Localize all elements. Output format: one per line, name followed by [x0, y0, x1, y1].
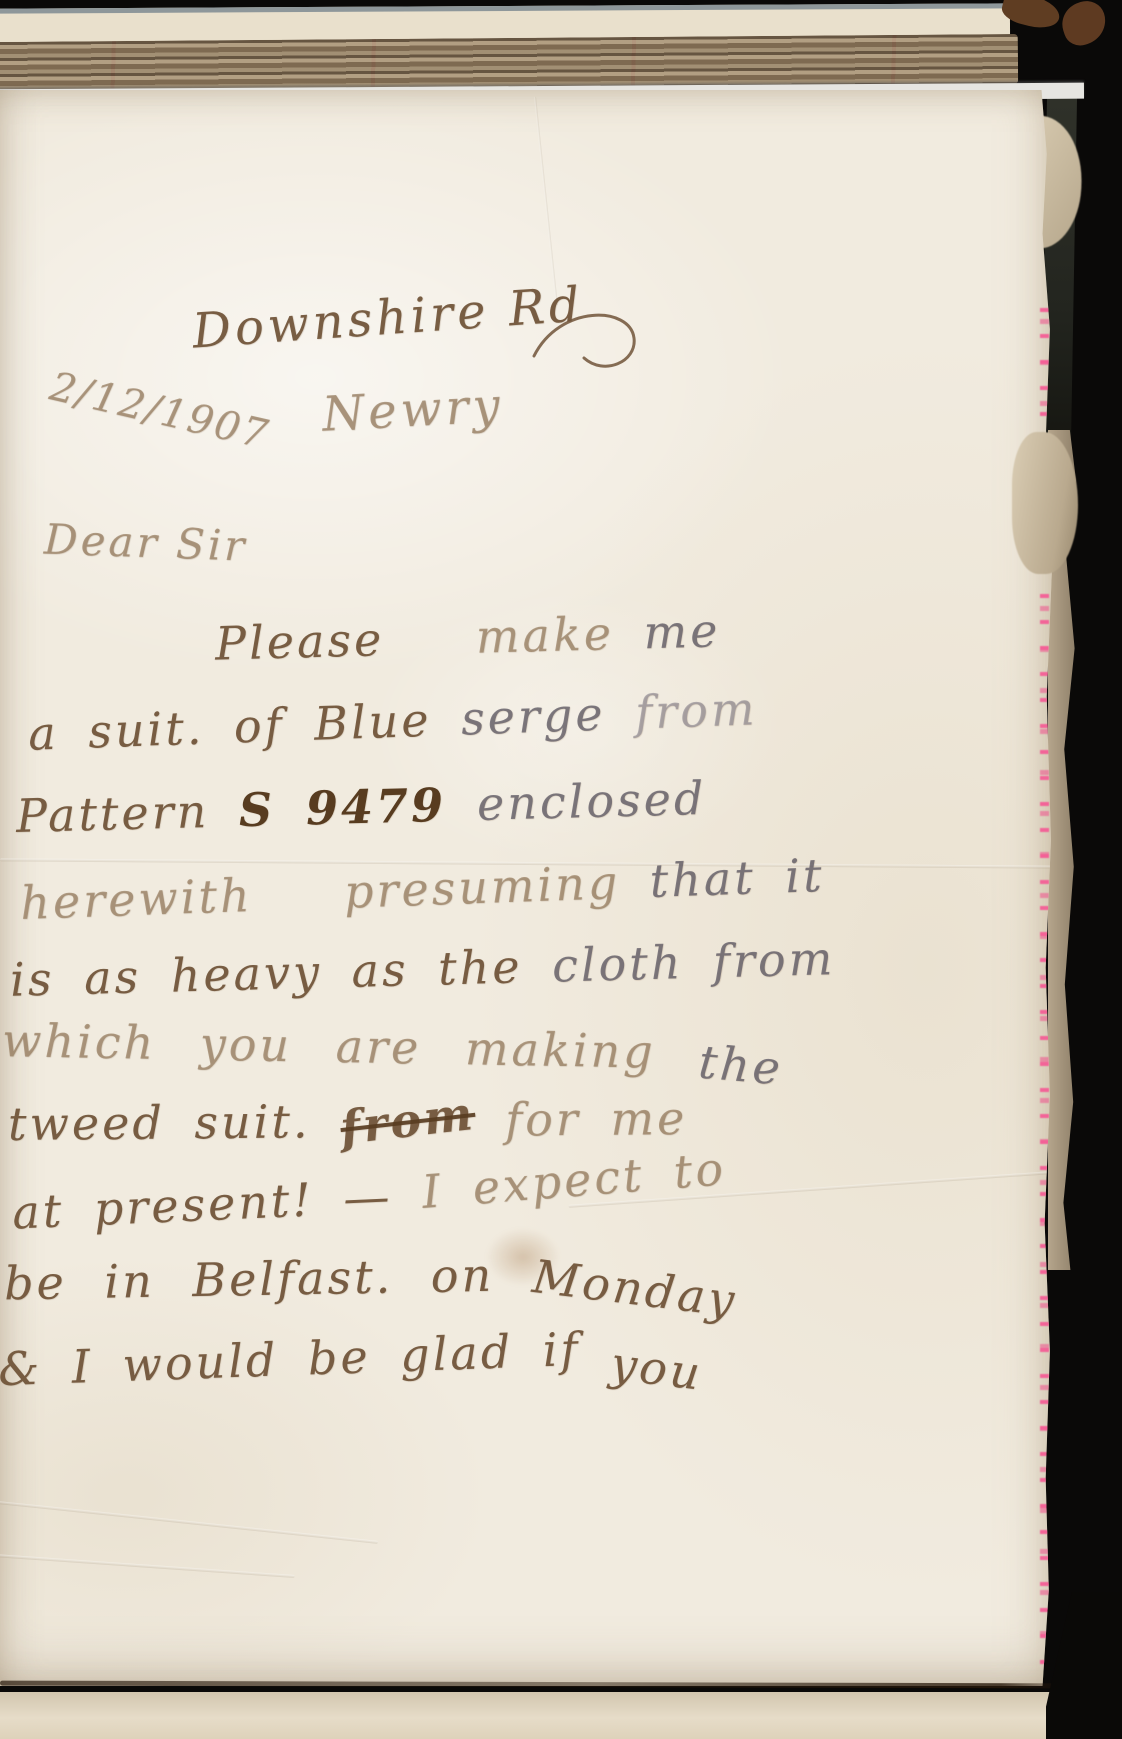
- letter-line: at present! — I expect to: [11, 1154, 727, 1239]
- letter-line: which you are making the: [2, 1013, 784, 1081]
- letter-text-segment: that it: [649, 848, 826, 908]
- pen-flourish-icon: [532, 312, 642, 384]
- photo-frame: Downshire Rd Newry 2/12/1907 Dear Sir Pl…: [0, 0, 1122, 1739]
- page-edge-wrinkle: [1012, 432, 1078, 574]
- letter-line: & I would be glad if you: [0, 1318, 703, 1397]
- paper-crease: [534, 96, 558, 305]
- letter-text-segment: serge: [460, 686, 636, 746]
- address-line-1: Downshire Rd: [191, 276, 586, 359]
- salutation: Dear Sir: [43, 514, 248, 570]
- letter-text-segment: enclosed: [476, 771, 707, 831]
- letter-line: tweed suit. from for me: [8, 1091, 688, 1151]
- letter-line: is as heavy as the cloth from: [9, 931, 835, 1007]
- letter-text-segment: is as heavy as the: [9, 939, 552, 1007]
- struck-out-word: from: [337, 1086, 478, 1155]
- letter-text-segment: for me: [505, 1091, 688, 1147]
- letter-text-segment: which you are making: [2, 1013, 700, 1079]
- letter-text-segment: you: [608, 1336, 706, 1401]
- pattern-number: S 9479: [238, 777, 478, 837]
- letter-text-segment: Monday: [529, 1249, 739, 1328]
- letter-text-segment: Pattern: [15, 783, 239, 843]
- letter-text-segment: I expect to: [420, 1141, 728, 1219]
- underlying-page: [0, 1692, 1094, 1739]
- letter-date: 2/12/1907: [46, 363, 274, 458]
- letter-text-segment: Please: [214, 611, 414, 670]
- letter-text-segment: & I would be glad if: [0, 1321, 611, 1396]
- letter-text-segment: at present! —: [11, 1168, 423, 1240]
- address-line-2: Newry: [321, 377, 505, 442]
- letter-text-segment: a suit. of Blue: [27, 692, 462, 761]
- letter-text-segment: herewith: [19, 867, 283, 930]
- background-corner: [1046, 1592, 1122, 1739]
- letter-text-segment: tweed suit.: [8, 1094, 341, 1151]
- paper-crease: [0, 1553, 294, 1578]
- letter-line: Pattern S 9479 enclosed: [15, 771, 707, 843]
- letter-text-segment: presuming: [343, 854, 651, 919]
- letter-line: a suit. of Blue serge from: [27, 681, 758, 760]
- letter-text-segment: make: [475, 605, 644, 663]
- letter-text-segment: from: [634, 681, 758, 739]
- letter-text-segment: cloth from: [551, 931, 836, 992]
- letter-line: be in Belfast. on Monday: [4, 1244, 738, 1311]
- letter-text-segment: be in Belfast. on: [4, 1247, 533, 1310]
- letter-text-segment: the: [697, 1035, 786, 1096]
- letter-line: Please make me: [214, 603, 721, 670]
- paper-crease: [0, 1499, 378, 1544]
- letter-text-segment: me: [643, 603, 721, 659]
- letter-page: Downshire Rd Newry 2/12/1907 Dear Sir Pl…: [0, 90, 1052, 1686]
- binding-debris: [1057, 0, 1112, 50]
